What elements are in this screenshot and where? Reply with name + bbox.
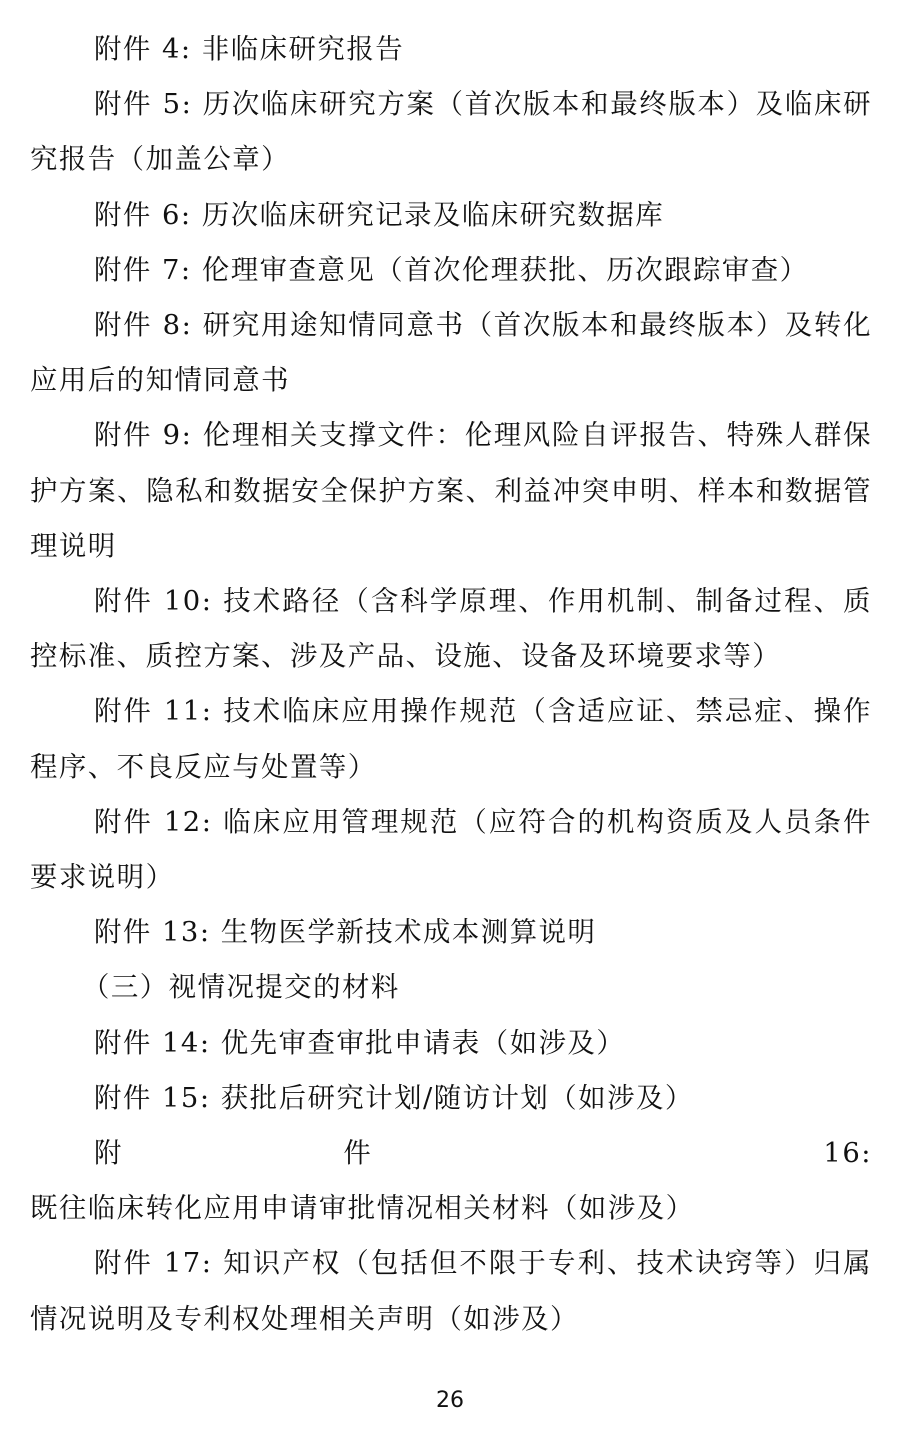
attachment-label: 附件 16: <box>94 1138 872 1169</box>
attachment-14: 附件 14: 优先审查审批申请表（如涉及） <box>30 1016 872 1071</box>
attachment-label: 附件 15: <box>94 1083 211 1114</box>
attachment-15: 附件 15: 获批后研究计划/随访计划（如涉及） <box>30 1071 872 1126</box>
attachment-9: 附件 9: 伦理相关支撑文件：伦理风险自评报告、特殊人群保护方案、隐私和数据安全… <box>30 408 872 574</box>
attachment-label: 附件 7: <box>94 255 192 286</box>
attachment-label: 附件 11: <box>94 696 212 727</box>
attachment-label: 附件 17: <box>94 1248 212 1279</box>
attachment-label: 附件 10: <box>94 586 212 617</box>
attachment-12: 附件 12: 临床应用管理规范（应符合的机构资质及人员条件要求说明） <box>30 795 872 905</box>
attachment-8: 附件 8: 研究用途知情同意书（首次版本和最终版本）及转化应用后的知情同意书 <box>30 298 872 408</box>
attachment-7: 附件 7: 伦理审查意见（首次伦理获批、历次跟踪审查） <box>30 243 872 298</box>
attachment-label: 附件 12: <box>94 807 212 838</box>
attachment-text: 生物医学新技术成本测算说明 <box>211 917 597 948</box>
attachment-11: 附件 11: 技术临床应用操作规范（含适应证、禁忌症、操作程序、不良反应与处置等… <box>30 684 872 794</box>
attachment-label: 附件 8: <box>94 310 192 341</box>
attachment-13: 附件 13: 生物医学新技术成本测算说明 <box>30 905 872 960</box>
attachment-label: 附件 14: <box>94 1028 211 1059</box>
page-number: 26 <box>0 1388 900 1413</box>
attachment-label: 附件 5: <box>94 89 192 120</box>
attachment-text: 历次临床研究记录及临床研究数据库 <box>192 200 664 231</box>
section-heading: （三）视情况提交的材料 <box>30 960 872 1015</box>
attachment-5: 附件 5: 历次临床研究方案（首次版本和最终版本）及临床研究报告（加盖公章） <box>30 77 872 187</box>
attachment-text: 获批后研究计划/随访计划（如涉及） <box>211 1083 694 1114</box>
document-page: 附件 4: 非临床研究报告 附件 5: 历次临床研究方案（首次版本和最终版本）及… <box>30 22 872 1347</box>
attachment-4: 附件 4: 非临床研究报告 <box>30 22 872 77</box>
attachment-6: 附件 6: 历次临床研究记录及临床研究数据库 <box>30 188 872 243</box>
attachment-text: 既往临床转化应用申请审批情况相关材料（如涉及） <box>30 1193 695 1224</box>
attachment-text: 伦理审查意见（首次伦理获批、历次跟踪审查） <box>192 255 809 286</box>
attachment-10: 附件 10: 技术路径（含科学原理、作用机制、制备过程、质控标准、质控方案、涉及… <box>30 574 872 684</box>
attachment-label: 附件 9: <box>94 420 192 451</box>
attachment-16: 附件 16: 既往临床转化应用申请审批情况相关材料（如涉及） <box>30 1126 872 1236</box>
attachment-text: 优先审查审批申请表（如涉及） <box>211 1028 626 1059</box>
attachment-label: 附件 13: <box>94 917 211 948</box>
attachment-label: 附件 6: <box>94 200 192 231</box>
attachment-text: 非临床研究报告 <box>192 34 404 65</box>
attachment-label: 附件 4: <box>94 34 192 65</box>
attachment-17: 附件 17: 知识产权（包括但不限于专利、技术诀窍等）归属情况说明及专利权处理相… <box>30 1236 872 1346</box>
